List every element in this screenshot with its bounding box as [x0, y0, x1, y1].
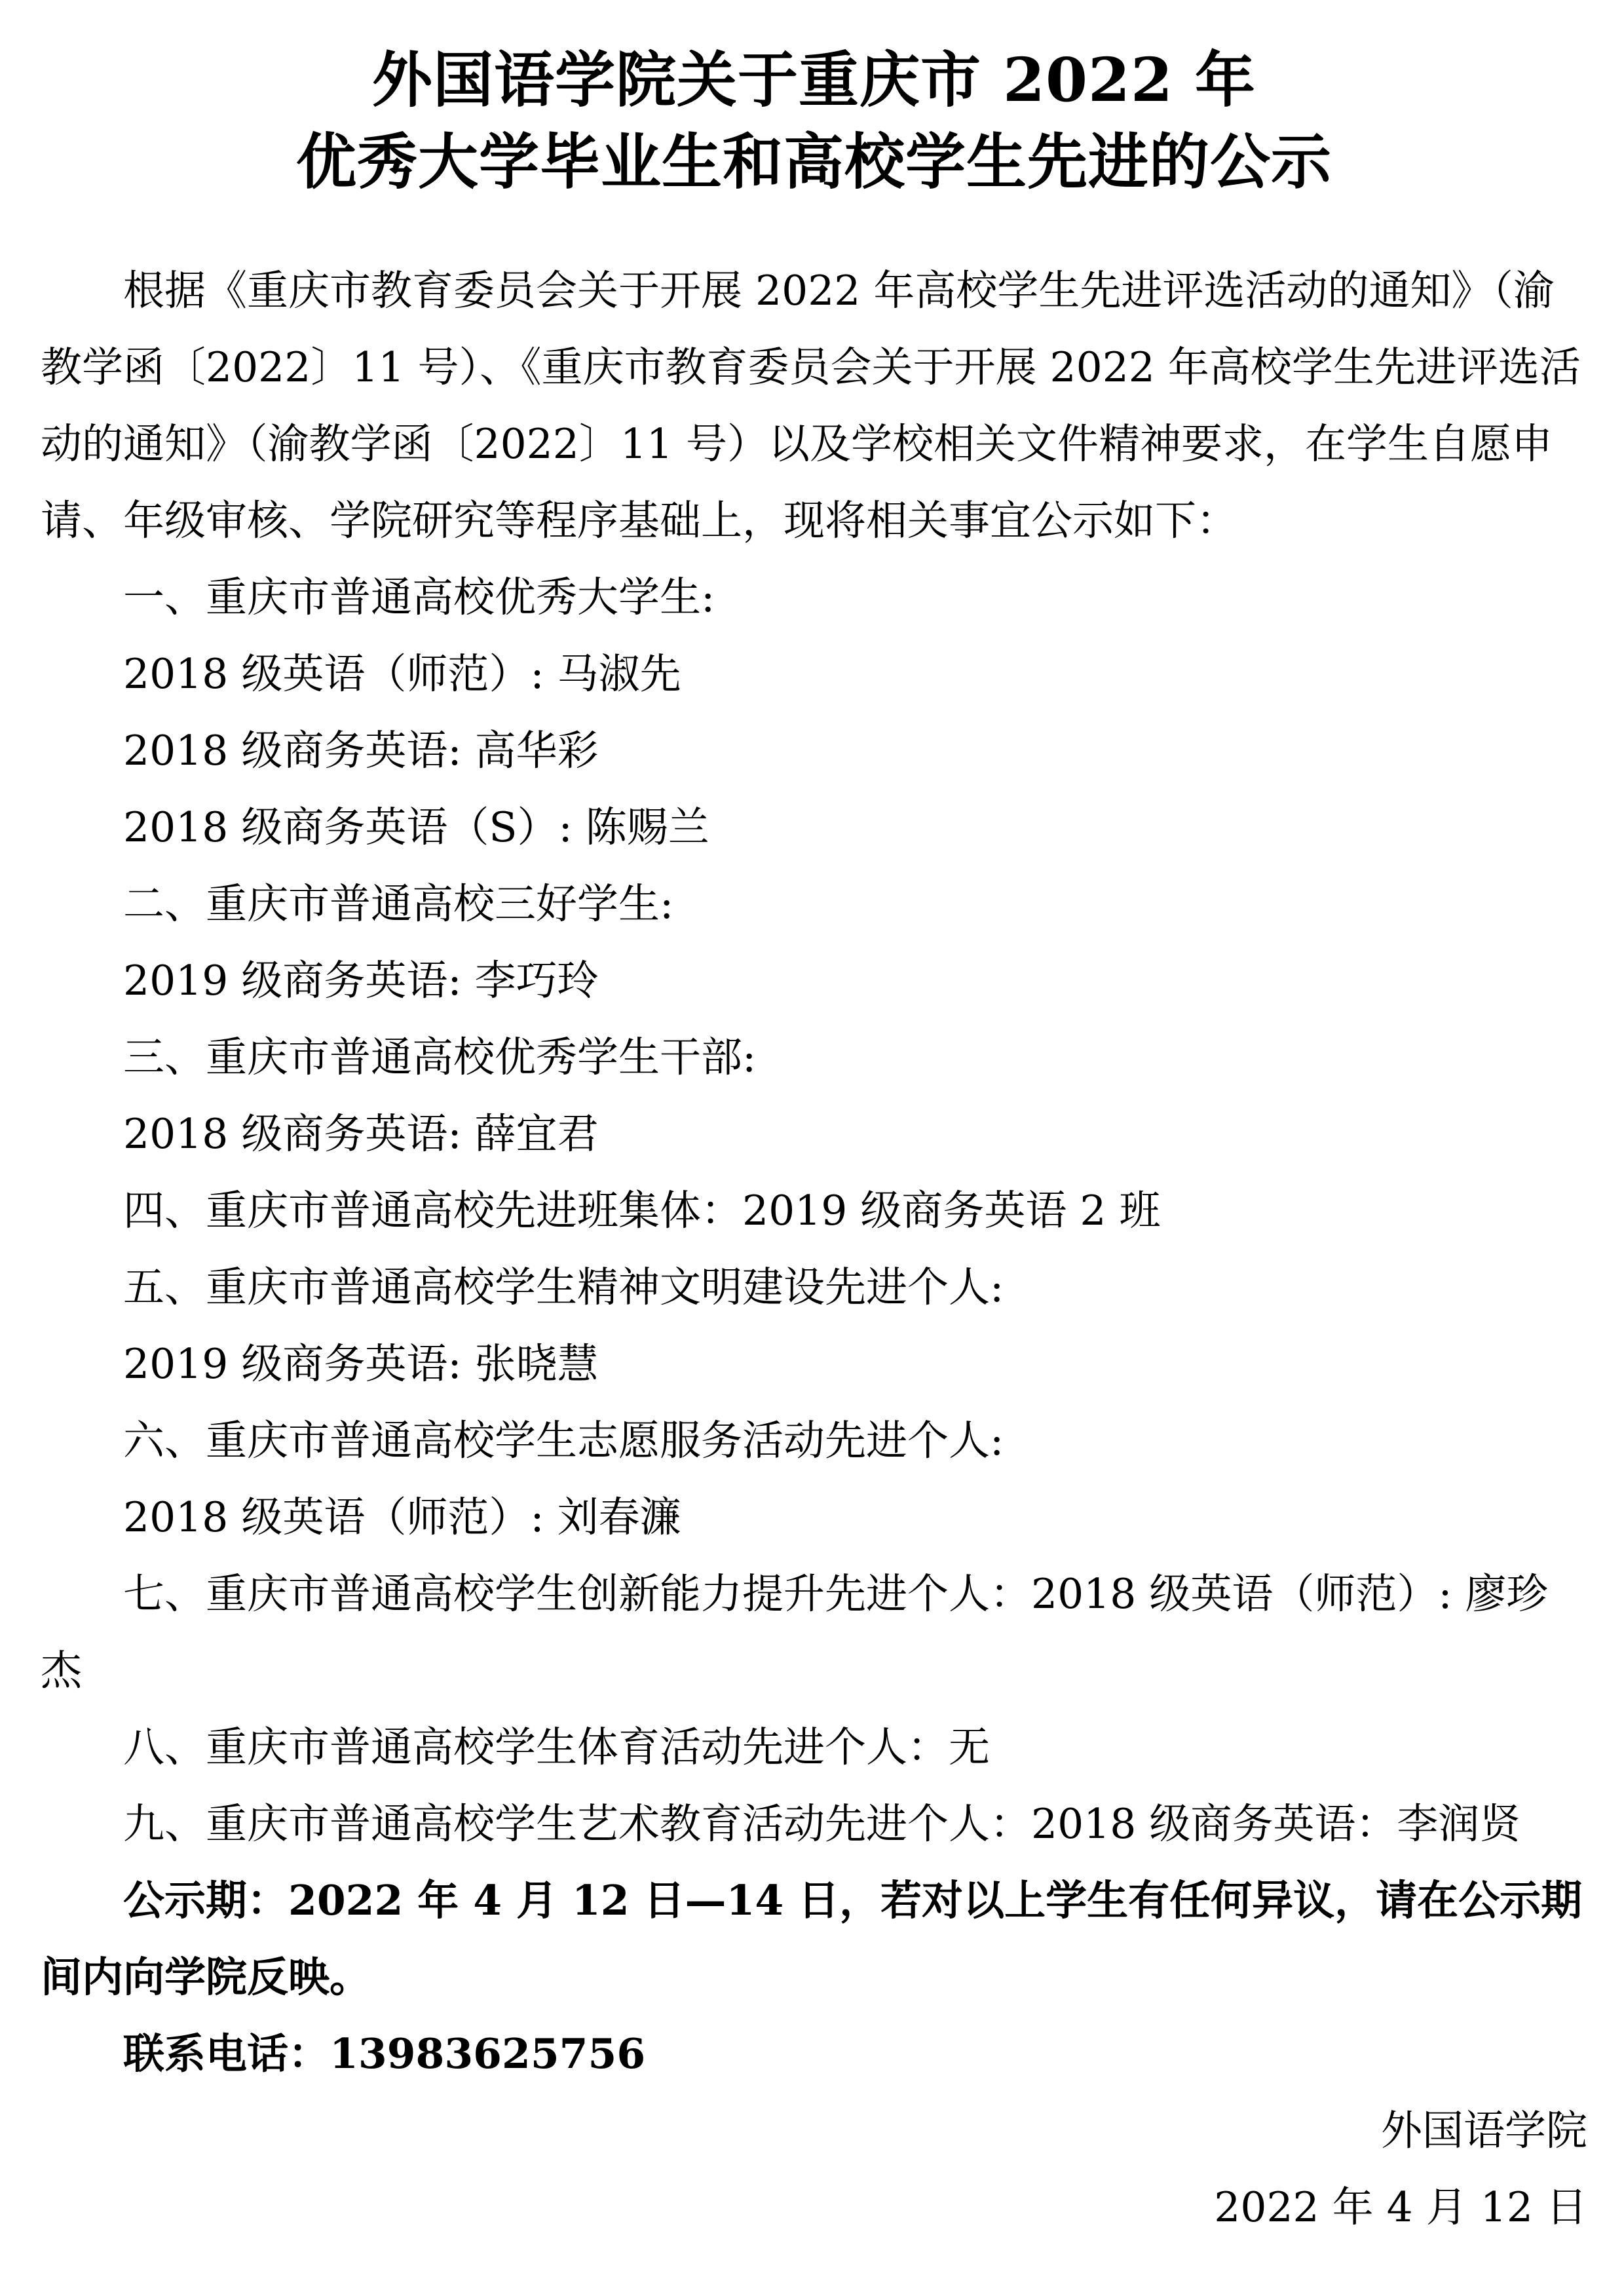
body-line-item-1-entry-2: 2018 级商务英语: 高华彩 [41, 712, 1587, 789]
body-line-intro-3: 动的通知》（渝教学函〔2022〕11 号）以及学校相关文件精神要求，在学生自愿申 [41, 406, 1587, 482]
document-body: 根据《重庆市教育委员会关于开展 2022 年高校学生先进评选活动的通知》（渝 教… [41, 252, 1587, 2246]
body-line-item-4: 四、重庆市普通高校先进班集体：2019 级商务英语 2 班 [41, 1172, 1587, 1249]
body-line-intro-1: 根据《重庆市教育委员会关于开展 2022 年高校学生先进评选活动的通知》（渝 [41, 252, 1587, 329]
body-line-notice-period-2: 间内向学院反映。 [41, 1939, 1587, 2016]
body-line-item-7-part-1: 七、重庆市普通高校学生创新能力提升先进个人：2018 级英语（师范）: 廖珍 [41, 1556, 1587, 1632]
body-line-item-5-heading: 五、重庆市普通高校学生精神文明建设先进个人: [41, 1249, 1587, 1326]
body-line-item-9: 九、重庆市普通高校学生艺术教育活动先进个人：2018 级商务英语：李润贤 [41, 1786, 1587, 1862]
body-line-intro-4: 请、年级审核、学院研究等程序基础上，现将相关事宜公示如下： [41, 482, 1587, 559]
body-line-item-3-heading: 三、重庆市普通高校优秀学生干部: [41, 1019, 1587, 1096]
body-line-notice-period-1: 公示期：2022 年 4 月 12 日—14 日，若对以上学生有任何异议，请在公… [41, 1862, 1587, 1939]
body-line-item-2-entry-1: 2019 级商务英语: 李巧玲 [41, 942, 1587, 1019]
body-line-item-5-entry-1: 2019 级商务英语: 张晓慧 [41, 1326, 1587, 1402]
body-line-item-6-entry-1: 2018 级英语（师范）: 刘春濂 [41, 1479, 1587, 1556]
document-title-line-2: 优秀大学毕业生和高校学生先进的公示 [41, 121, 1587, 203]
signature-date: 2022 年 4 月 12 日 [41, 2169, 1587, 2246]
signature: 外国语学院 [41, 2092, 1587, 2169]
document-title: 外国语学院关于重庆市 2022 年 优秀大学毕业生和高校学生先进的公示 [41, 39, 1587, 203]
body-line-intro-2: 教学函〔2022〕11 号）、《重庆市教育委员会关于开展 2022 年高校学生先… [41, 329, 1587, 406]
body-line-item-1-entry-1: 2018 级英语（师范）: 马淑先 [41, 636, 1587, 712]
body-line-item-7-part-2: 杰 [41, 1632, 1587, 1709]
body-line-contact-phone: 联系电话：13983625756 [41, 2016, 1587, 2092]
document-title-line-1: 外国语学院关于重庆市 2022 年 [41, 39, 1587, 121]
body-line-item-6-heading: 六、重庆市普通高校学生志愿服务活动先进个人: [41, 1402, 1587, 1479]
document-page: 外国语学院关于重庆市 2022 年 优秀大学毕业生和高校学生先进的公示 根据《重… [0, 0, 1624, 2296]
body-line-item-8: 八、重庆市普通高校学生体育活动先进个人：无 [41, 1709, 1587, 1786]
body-line-item-1-entry-3: 2018 级商务英语（S）: 陈赐兰 [41, 789, 1587, 866]
body-line-item-1-heading: 一、重庆市普通高校优秀大学生: [41, 559, 1587, 636]
body-line-item-2-heading: 二、重庆市普通高校三好学生: [41, 866, 1587, 942]
body-line-item-3-entry-1: 2018 级商务英语: 薛宜君 [41, 1096, 1587, 1172]
